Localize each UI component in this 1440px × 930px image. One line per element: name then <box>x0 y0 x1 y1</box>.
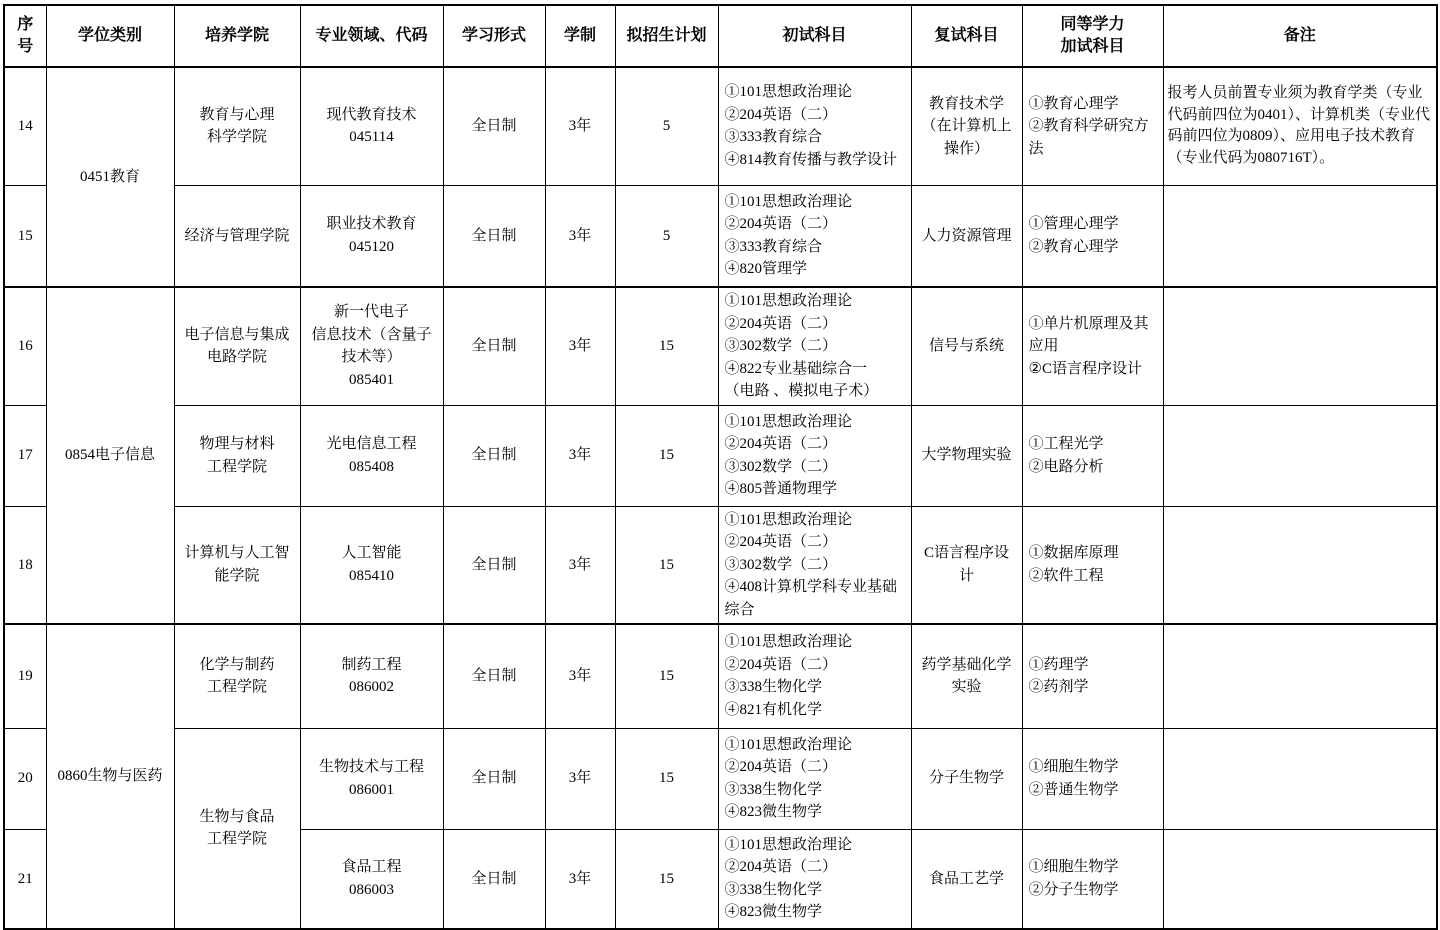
cell-major-code: 生物技术与工程 086001 <box>300 728 443 829</box>
table-row: 17 物理与材料 工程学院 光电信息工程 085408 全日制 3年 15 ①1… <box>4 405 1437 506</box>
cell-remarks <box>1163 829 1437 929</box>
cell-duration: 3年 <box>545 506 615 624</box>
cell-initial-subjects: ①101思想政治理论 ②204英语（二） ③338生物化学 ④823微生物学 <box>718 829 911 929</box>
cell-duration: 3年 <box>545 728 615 829</box>
header-duration: 学制 <box>545 5 615 67</box>
cell-no: 14 <box>4 67 46 185</box>
cell-no: 15 <box>4 185 46 287</box>
cell-remarks <box>1163 728 1437 829</box>
cell-degree-category: 0854电子信息 <box>46 287 174 624</box>
cell-initial-subjects: ①101思想政治理论 ②204英语（二） ③302数学（二） ④805普通物理学 <box>718 405 911 506</box>
cell-additional-subjects: ①教育心理学 ②教育科学研究方法 <box>1022 67 1163 185</box>
cell-major-code: 制药工程 086002 <box>300 624 443 728</box>
cell-duration: 3年 <box>545 287 615 405</box>
cell-retest-subjects: 大学物理实验 <box>911 405 1022 506</box>
header-retest-subjects: 复试科目 <box>911 5 1022 67</box>
table-row: 19 0860生物与医药 化学与制药 工程学院 制药工程 086002 全日制 … <box>4 624 1437 728</box>
cell-additional-subjects: ①管理心理学 ②教育心理学 <box>1022 185 1163 287</box>
cell-study-form: 全日制 <box>443 67 545 185</box>
cell-degree-category: 0860生物与医药 <box>46 624 174 929</box>
cell-study-form: 全日制 <box>443 287 545 405</box>
cell-no: 20 <box>4 728 46 829</box>
header-study-form: 学习形式 <box>443 5 545 67</box>
cell-enrollment-plan: 15 <box>615 287 718 405</box>
cell-remarks <box>1163 506 1437 624</box>
cell-retest-subjects: 信号与系统 <box>911 287 1022 405</box>
cell-retest-subjects: 人力资源管理 <box>911 185 1022 287</box>
cell-duration: 3年 <box>545 185 615 287</box>
cell-initial-subjects: ①101思想政治理论 ②204英语（二） ③338生物化学 ④821有机化学 <box>718 624 911 728</box>
cell-major-code: 食品工程 086003 <box>300 829 443 929</box>
table-row: 15 经济与管理学院 职业技术教育 045120 全日制 3年 5 ①101思想… <box>4 185 1437 287</box>
cell-college: 教育与心理 科学学院 <box>174 67 300 185</box>
table-row: 16 0854电子信息 电子信息与集成 电路学院 新一代电子 信息技术（含量子 … <box>4 287 1437 405</box>
cell-major-code: 现代教育技术 045114 <box>300 67 443 185</box>
cell-additional-subjects: ①细胞生物学 ②普通生物学 <box>1022 728 1163 829</box>
header-initial-subjects: 初试科目 <box>718 5 911 67</box>
cell-enrollment-plan: 5 <box>615 185 718 287</box>
cell-study-form: 全日制 <box>443 506 545 624</box>
cell-study-form: 全日制 <box>443 829 545 929</box>
cell-no: 18 <box>4 506 46 624</box>
cell-enrollment-plan: 15 <box>615 829 718 929</box>
cell-college: 物理与材料 工程学院 <box>174 405 300 506</box>
cell-enrollment-plan: 15 <box>615 624 718 728</box>
cell-enrollment-plan: 15 <box>615 506 718 624</box>
cell-college: 生物与食品 工程学院 <box>174 728 300 929</box>
cell-college: 电子信息与集成 电路学院 <box>174 287 300 405</box>
cell-retest-subjects: 药学基础化学 实验 <box>911 624 1022 728</box>
cell-college: 计算机与人工智 能学院 <box>174 506 300 624</box>
cell-initial-subjects: ①101思想政治理论 ②204英语（二） ③302数学（二） ④822专业基础综… <box>718 287 911 405</box>
cell-major-code: 光电信息工程 085408 <box>300 405 443 506</box>
header-major-code: 专业领域、代码 <box>300 5 443 67</box>
cell-initial-subjects: ①101思想政治理论 ②204英语（二） ③338生物化学 ④823微生物学 <box>718 728 911 829</box>
cell-enrollment-plan: 5 <box>615 67 718 185</box>
table-row: 18 计算机与人工智 能学院 人工智能 085410 全日制 3年 15 ①10… <box>4 506 1437 624</box>
cell-study-form: 全日制 <box>443 624 545 728</box>
cell-no: 17 <box>4 405 46 506</box>
cell-no: 16 <box>4 287 46 405</box>
cell-additional-subjects: ①细胞生物学 ②分子生物学 <box>1022 829 1163 929</box>
cell-retest-subjects: 分子生物学 <box>911 728 1022 829</box>
table-row: 20 生物与食品 工程学院 生物技术与工程 086001 全日制 3年 15 ①… <box>4 728 1437 829</box>
cell-initial-subjects: ①101思想政治理论 ②204英语（二） ③302数学（二） ④408计算机学科… <box>718 506 911 624</box>
admissions-table: 序 号 学位类别 培养学院 专业领域、代码 学习形式 学制 拟招生计划 初试科目… <box>3 4 1438 930</box>
cell-duration: 3年 <box>545 405 615 506</box>
header-remarks: 备注 <box>1163 5 1437 67</box>
header-additional-subjects: 同等学力 加试科目 <box>1022 5 1163 67</box>
header-no: 序 号 <box>4 5 46 67</box>
cell-retest-subjects: 教育技术学 （在计算机上 操作） <box>911 67 1022 185</box>
cell-major-code: 职业技术教育 045120 <box>300 185 443 287</box>
cell-remarks <box>1163 287 1437 405</box>
cell-duration: 3年 <box>545 67 615 185</box>
cell-enrollment-plan: 15 <box>615 728 718 829</box>
cell-no: 19 <box>4 624 46 728</box>
cell-study-form: 全日制 <box>443 728 545 829</box>
page: 序 号 学位类别 培养学院 专业领域、代码 学习形式 学制 拟招生计划 初试科目… <box>0 0 1440 910</box>
cell-additional-subjects: ①药理学 ②药剂学 <box>1022 624 1163 728</box>
cell-major-code: 人工智能 085410 <box>300 506 443 624</box>
cell-college: 经济与管理学院 <box>174 185 300 287</box>
cell-remarks <box>1163 185 1437 287</box>
cell-duration: 3年 <box>545 829 615 929</box>
table-row: 14 0451教育 教育与心理 科学学院 现代教育技术 045114 全日制 3… <box>4 67 1437 185</box>
cell-study-form: 全日制 <box>443 185 545 287</box>
cell-degree-category: 0451教育 <box>46 67 174 287</box>
cell-additional-subjects: ①工程光学 ②电路分析 <box>1022 405 1163 506</box>
cell-initial-subjects: ①101思想政治理论 ②204英语（二） ③333教育综合 ④814教育传播与教… <box>718 67 911 185</box>
cell-additional-subjects: ①数据库原理 ②软件工程 <box>1022 506 1163 624</box>
cell-retest-subjects: 食品工艺学 <box>911 829 1022 929</box>
cell-no: 21 <box>4 829 46 929</box>
cell-additional-subjects: ①单片机原理及其 应用 ②C语言程序设计 <box>1022 287 1163 405</box>
cell-remarks: 报考人员前置专业须为教育学类（专业代码前四位为0401）、计算机类（专业代码前四… <box>1163 67 1437 185</box>
cell-duration: 3年 <box>545 624 615 728</box>
cell-study-form: 全日制 <box>443 405 545 506</box>
header-college: 培养学院 <box>174 5 300 67</box>
cell-enrollment-plan: 15 <box>615 405 718 506</box>
cell-initial-subjects: ①101思想政治理论 ②204英语（二） ③333教育综合 ④820管理学 <box>718 185 911 287</box>
cell-major-code: 新一代电子 信息技术（含量子 技术等） 085401 <box>300 287 443 405</box>
header-row: 序 号 学位类别 培养学院 专业领域、代码 学习形式 学制 拟招生计划 初试科目… <box>4 5 1437 67</box>
header-enrollment-plan: 拟招生计划 <box>615 5 718 67</box>
cell-remarks <box>1163 624 1437 728</box>
header-degree-category: 学位类别 <box>46 5 174 67</box>
cell-college: 化学与制药 工程学院 <box>174 624 300 728</box>
cell-remarks <box>1163 405 1437 506</box>
cell-retest-subjects: C语言程序设 计 <box>911 506 1022 624</box>
